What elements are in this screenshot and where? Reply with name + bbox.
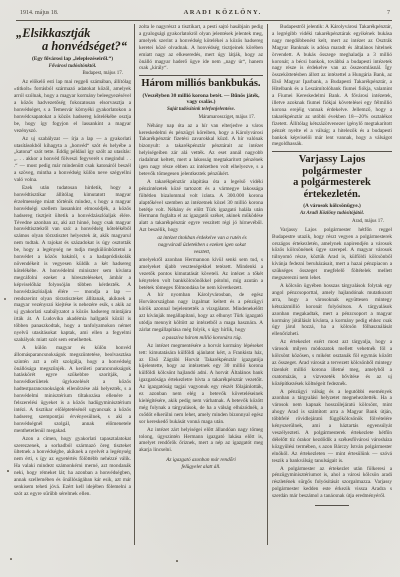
article3-byline: Az Aradi Közlöny tudósítójától. [272,211,392,217]
article3-paragraph: A kölcsön ügyében hosszas tárgyalások fo… [272,283,392,338]
article2-paragraph: Az intézet megmentésére a horvát kormány… [139,343,263,426]
article-separator-rule [139,75,263,76]
article2-dateline: Máramarossziget, május 17. [139,115,263,121]
article1-subtitle: (Egy fővárosi lap „leleplezéseiről.“) [14,56,131,62]
article2-continuation: Budapestről jelentik: A Károlyvárosi Tak… [272,24,392,148]
article3-subtitle: (A városok kölcsönügye.) [272,203,392,209]
article1-dateline: Budapest, május 17. [14,71,131,77]
article2-paragraph: A hír nyomban Károlyvárosban, de egész H… [139,292,263,333]
article2-paragraph: A takarékpénztár alapítása óta a legelső… [139,179,263,234]
article2-emphasis: az intézet titokban érdekelve van a ruté… [154,235,250,256]
article3-paragraph: A pénzügyi válság és a legutóbbi esemény… [272,389,392,465]
article1-headline: „Elsikkasztják a honvédséget?“ [14,27,131,53]
article2-paragraph: Az intézet zárt helyiségei előtt állandó… [139,427,263,455]
article3-dateline: Arad, május 17. [272,219,392,225]
scan-speck [10,558,12,560]
article-separator-rule [272,151,392,152]
article1-paragraph: A külön magyar és külön honvéd állomáspa… [14,345,131,435]
article1-headline-line2: a honvédséget?“ [14,40,131,53]
column-layout: „Elsikkasztják a honvédséget?“ (Egy fővá… [14,24,392,564]
article2-headline: Három milliós bankbukás. [139,78,263,90]
scan-speck [7,470,9,472]
article1-paragraph: Az uj szabályzat — írja a lap — a gyakor… [14,136,131,184]
article1-continuation: zolta le nagyrészt a tisztikart, a pesti… [139,24,263,72]
article2-emphasis: a passzíva három millió koronára rúg. [154,335,250,342]
article3-paragraph: Varjassy Lajos polgármester hétfőn regge… [272,227,392,282]
paper-title: ARADI KÖZLÖNY. [184,9,262,16]
article2-byline: Saját tudósítónk telefonjelentése. [139,107,263,113]
header-rule [16,20,392,21]
article2-closing-line2: felügyelet alatt áll. [139,464,263,471]
article1-paragraph: Ezek után tudatosan hirdetik, hogy a hon… [14,185,131,344]
header-date: 1914. május 18. [20,10,58,16]
page-header: 1914. május 18. ARADI KÖZLÖNY. 7 [20,9,390,16]
article1-paragraph: Azon a címen, hogy gyakorlati tapasztala… [14,436,131,498]
article3-headline-line1: Varjassy Lajos polgármester [272,154,392,177]
scan-speck [176,560,178,562]
article2-subtitle: (Veszélyben 30 millió korona betét. — Bű… [139,93,263,106]
article2-paragraph: amelyekről azonban Hermannon kívül senki… [139,257,263,292]
article3-headline: Varjassy Lajos polgármester a polgármest… [272,154,392,200]
article-end-rule [315,505,349,506]
article3-paragraph: A polgármester az értekezlet után fölker… [272,466,392,501]
page-number: 7 [387,10,390,16]
column-middle: zolta le nagyrészt a tisztikart, a pesti… [135,24,267,564]
scan-speck [4,298,6,300]
article3-paragraph: Az értekezlet ezért most azt tárgyalja, … [272,339,392,387]
article3-headline-line2: a polgármesterek értekezletén. [272,177,392,200]
article1-byline: Fővárosi tudósítónktól. [14,64,131,70]
article2-closing: Az igazgató azonban már rendőri felügyel… [139,457,263,471]
article1-paragraph: Az előkelő esti lap mai reggeli számában… [14,79,131,134]
article2-paragraph: Néhány nap óta az a hír van elterjedve a… [139,123,263,178]
column-right: Budapestről jelentik: A Károlyvárosi Tak… [268,24,392,564]
newspaper-page: 1914. május 18. ARADI KÖZLÖNY. 7 „Elsikk… [0,0,400,577]
column-left: „Elsikkasztják a honvédséget?“ (Egy fővá… [14,24,134,564]
